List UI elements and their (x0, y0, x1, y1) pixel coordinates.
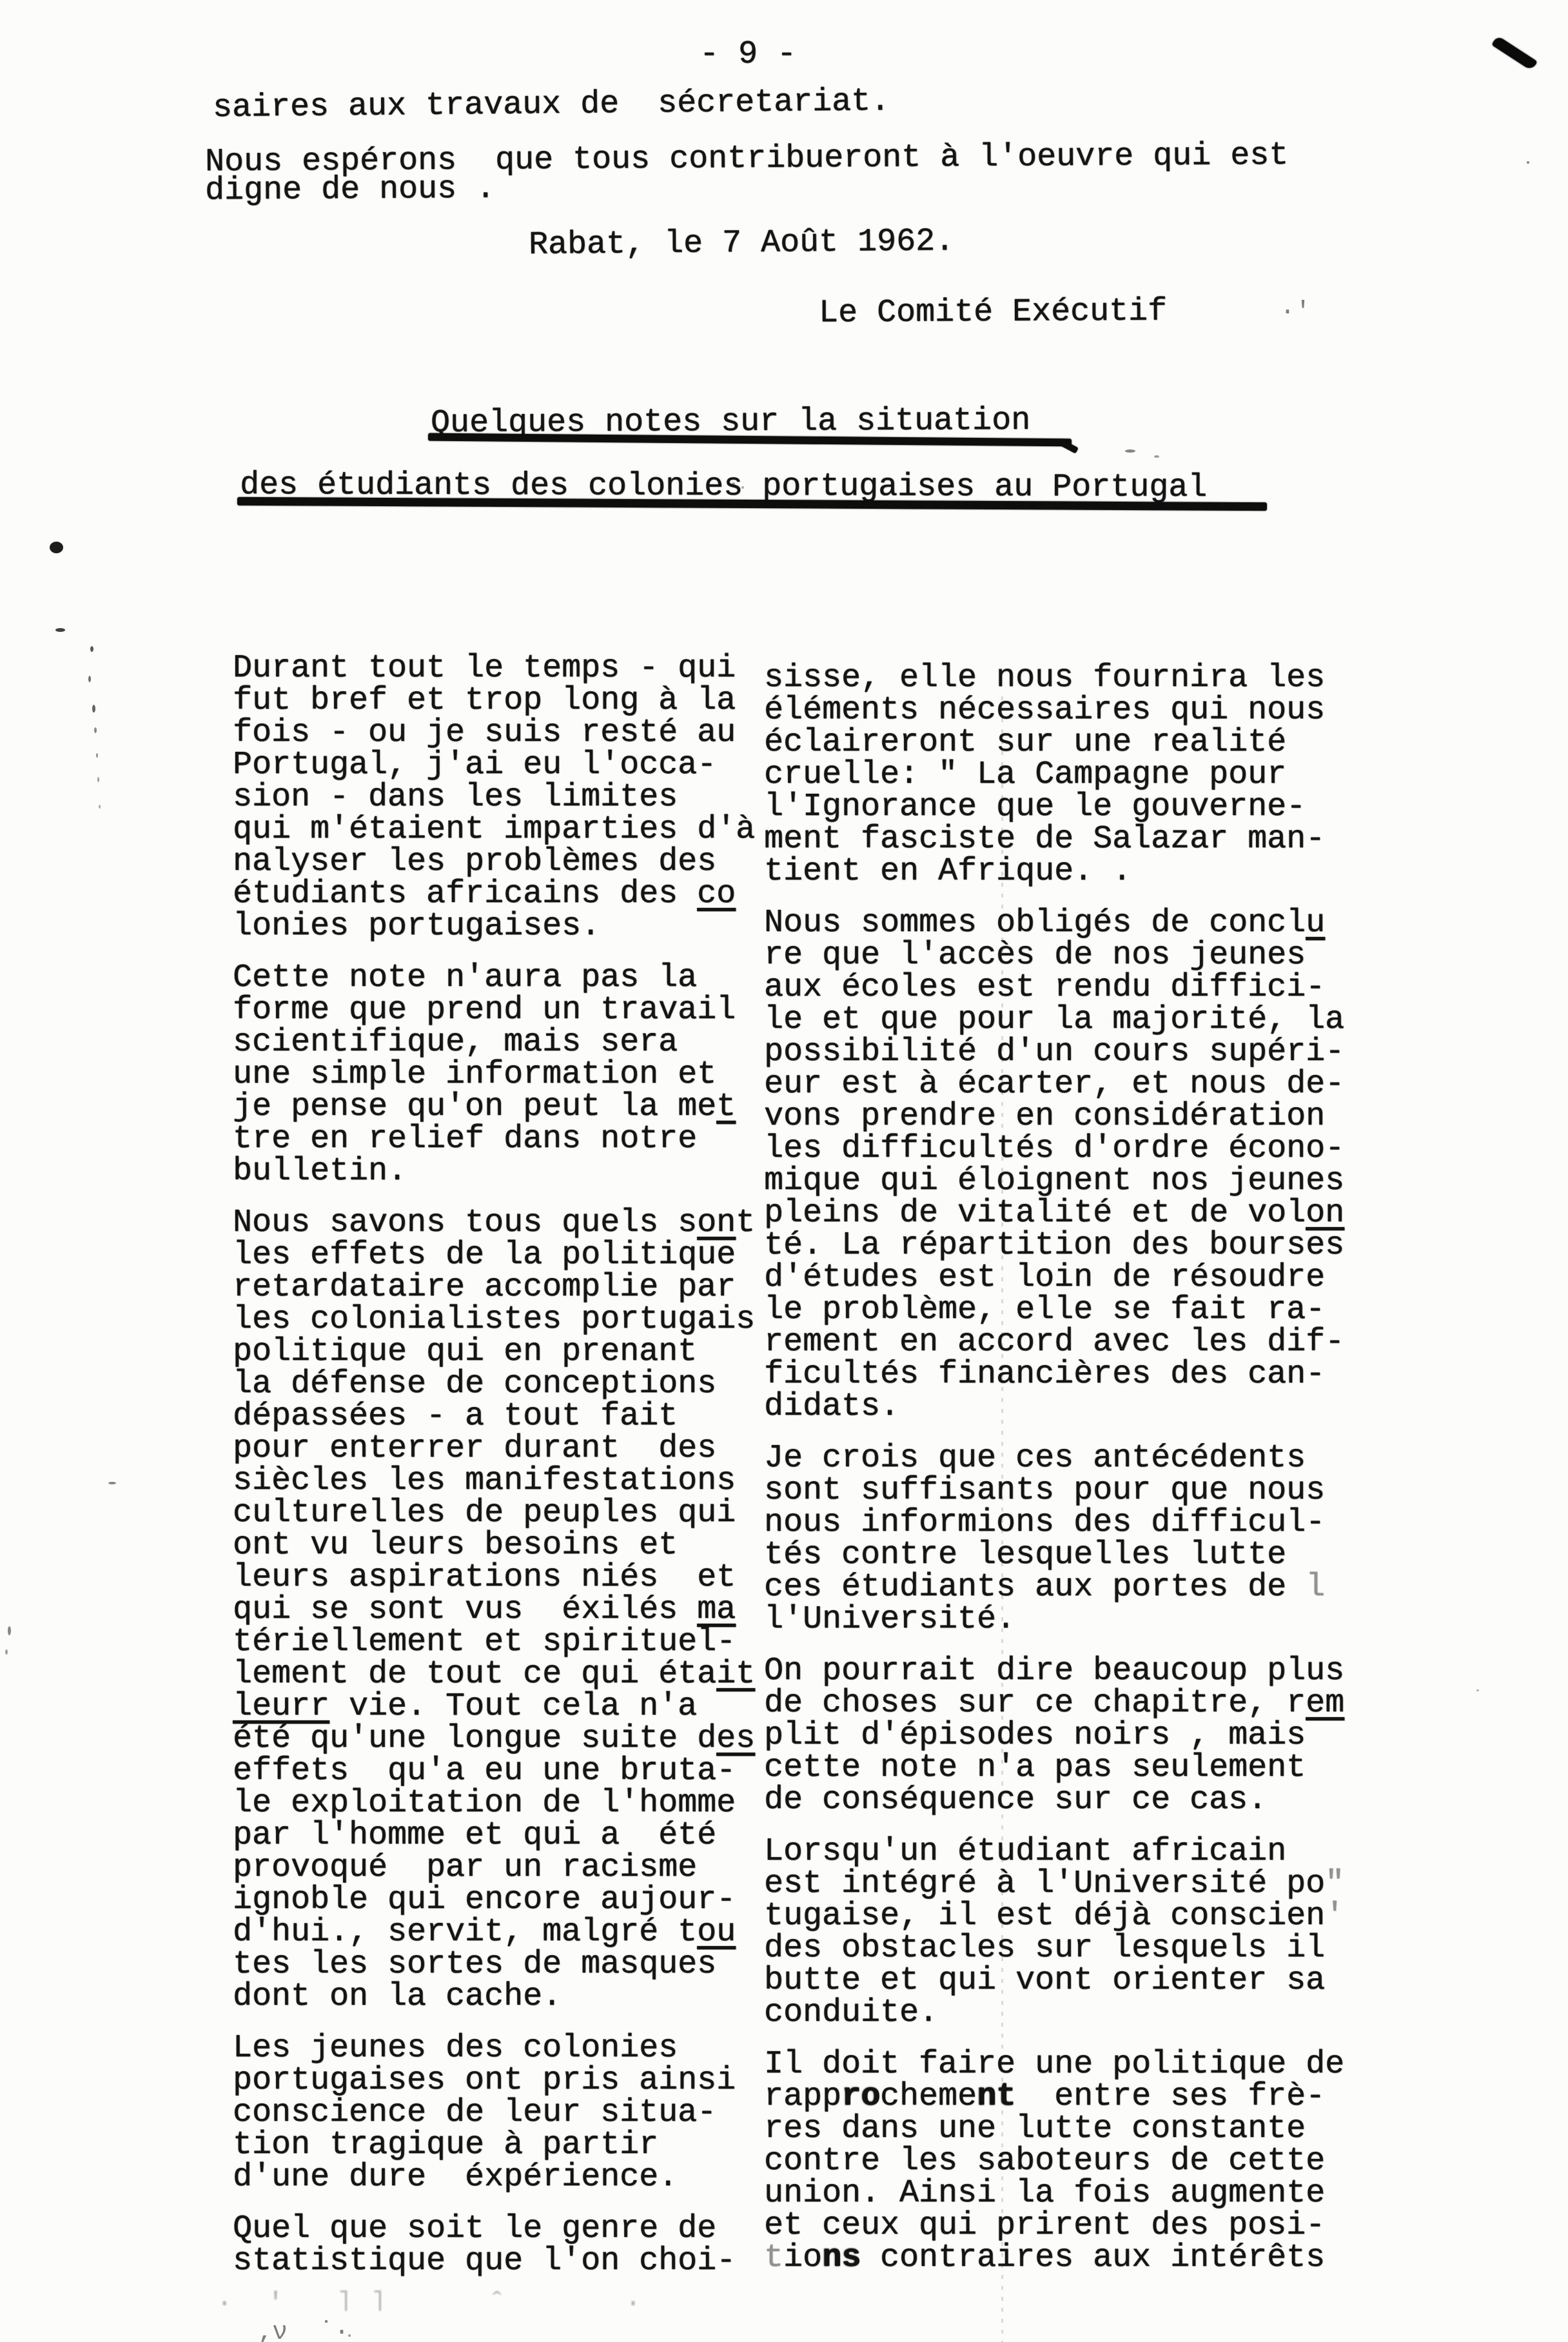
ink-speck (108, 1482, 116, 1484)
text-line: ficultés financières des can- (764, 1359, 1409, 1391)
text-line: tions contraires aux intérêts (764, 2242, 1409, 2274)
text-line: cette note n'a pas seulement (764, 1752, 1409, 1784)
text-line: eur est à écarter, et nous de- (764, 1068, 1409, 1101)
text-line: possibilité d'un cours supéri- (764, 1036, 1409, 1068)
paragraph: Durant tout le temps - quifut bref et tr… (233, 653, 813, 943)
ink-smudge: ·' (1280, 298, 1311, 327)
text-line: retardataire accomplie par (233, 1272, 813, 1304)
text-line: étudiants africains des co (233, 878, 813, 910)
paragraph: Quel que soit le genre destatistique que… (233, 2213, 813, 2278)
paper-crease-line (1001, 696, 1003, 2342)
text-line: ces étudiants aux portes de l (764, 1571, 1409, 1604)
text-line: les difficultés d'ordre écono- (764, 1133, 1409, 1165)
text-line: conscience de leur situa- (233, 2097, 813, 2129)
text-line: nous informions des difficul- (764, 1507, 1409, 1539)
text-line: Cette note n'aura pas la (233, 962, 813, 994)
date-line: Rabat, le 7 Août 1962. (529, 226, 955, 262)
text-line: Portugal, j'ai eu l'occa- (233, 749, 813, 782)
pen-stroke-mark (1491, 35, 1537, 71)
text-line: statistique que l'on choi- (233, 2245, 813, 2278)
text-line: pleins de vitalité et de volon (764, 1197, 1409, 1230)
text-line: sont suffisants pour que nous (764, 1475, 1409, 1507)
text-line: fois - ou je suis resté au (233, 717, 813, 749)
text-line: rement en accord avec les dif- (764, 1326, 1409, 1359)
text-line: je pense qu'on peut la met (233, 1091, 813, 1123)
text-line: siècles les manifestations (233, 1465, 813, 1497)
text-line: bulletin. (233, 1156, 813, 1188)
ink-speck (1322, 2192, 1324, 2194)
text-line: Nous savons tous quels sont (233, 1207, 813, 1239)
text-line: fut bref et trop long à la (233, 685, 813, 717)
text-line: forme que prend un travail (233, 994, 813, 1027)
text-line: culturelles de peuples qui (233, 1497, 813, 1530)
paragraph: sisse, elle nous fournira leséléments né… (764, 662, 1409, 888)
ink-speck (55, 628, 65, 632)
text-line: tés contre lesquelles lutte (764, 1539, 1409, 1571)
text-line: de choses sur ce chapitre, rem (764, 1688, 1409, 1720)
paragraph: Lorsqu'un étudiant africainest intégré à… (764, 1836, 1409, 2029)
text-line: Les jeunes des colonies (233, 2032, 813, 2065)
text-line: tes les sortes de masques (233, 1949, 813, 1981)
text-line: le problème, elle se fait ra- (764, 1294, 1409, 1326)
text-line: est intégré à l'Université po" (764, 1868, 1409, 1900)
text-line: été qu'une longue suite des (233, 1723, 813, 1755)
page-number: - 9 - (700, 39, 796, 71)
text-line: digne de nous . (205, 173, 495, 208)
text-line: Durant tout le temps - qui (233, 653, 813, 685)
text-line: cruelle: " La Campagne pour (764, 759, 1409, 791)
text-line: effets qu'a eu une bruta- (233, 1755, 813, 1787)
text-line: dépassées - a tout fait (233, 1401, 813, 1433)
text-line: qui se sont vus éxilés ma (233, 1594, 813, 1626)
text-line: butte et qui vont orienter sa (764, 1965, 1409, 1997)
paragraph: Je crois que ces antécédentssont suffisa… (764, 1442, 1409, 1636)
text-line: On pourrait dire beaucoup plus (764, 1655, 1409, 1688)
ink-speck (8, 1626, 11, 1635)
text-line: des obstacles sur lesquels il (764, 1933, 1409, 1965)
text-line: politique qui en prenant (233, 1336, 813, 1368)
ink-speck (97, 777, 99, 782)
text-line: lonies portugaises. (233, 910, 813, 943)
ghost-text-remnant: · ′ ˥ ˥ ˆ · (216, 2288, 642, 2320)
ink-speck (5, 1649, 8, 1655)
left-text-column: Durant tout le temps - quifut bref et tr… (233, 653, 813, 2297)
text-line: scientifique, mais sera (233, 1027, 813, 1059)
text-line: aux écoles est rendu diffici- (764, 972, 1409, 1004)
paragraph: On pourrait dire beaucoup plusde choses … (764, 1655, 1409, 1816)
text-line: tériellement et spirituel- (233, 1626, 813, 1658)
text-line: tion tragique à partir (233, 2129, 813, 2161)
text-line: une simple information et (233, 1059, 813, 1091)
text-line: saires aux travaux de sécretariat. (213, 86, 890, 124)
text-line: l'Ignorance que le gouverne- (764, 791, 1409, 823)
paragraph: Il doit faire une politique derapprochem… (764, 2049, 1409, 2274)
text-line: mique qui éloignent nos jeunes (764, 1165, 1409, 1197)
text-line: éléments nécessaires qui nous (764, 694, 1409, 727)
ink-speck (1154, 455, 1159, 458)
text-line: vons prendre en considération (764, 1101, 1409, 1133)
text-line: les effets de la politique (233, 1239, 813, 1272)
text-line: conduite. (764, 1997, 1409, 2029)
text-line: nalyser les problèmes des (233, 846, 813, 878)
ink-speck (92, 705, 95, 713)
text-line: éclaireront sur une realité (764, 727, 1409, 759)
text-line: provoqué par un racisme (233, 1852, 813, 1884)
text-line: sion - dans les limites (233, 782, 813, 814)
text-line: plit d'épisodes noirs , mais (764, 1720, 1409, 1752)
signature-line: Le Comité Exécutif (819, 296, 1167, 330)
ink-speck (96, 753, 98, 758)
scanned-document-page: - 9 - saires aux travaux de sécretariat.… (0, 0, 1568, 2342)
text-line: ment fasciste de Salazar man- (764, 823, 1409, 856)
text-line: ont vu leurs besoins et (233, 1530, 813, 1562)
ink-speck (413, 193, 415, 195)
text-line: d'études est loin de résoudre (764, 1262, 1409, 1294)
text-line: Lorsqu'un étudiant africain (764, 1836, 1409, 1868)
text-line: d'hui., servit, malgré tou (233, 1916, 813, 1949)
ink-speck (732, 482, 735, 486)
ink-speck (348, 2334, 351, 2337)
text-line: leurr vie. Tout cela n'a (233, 1691, 813, 1723)
paragraph: Les jeunes des coloniesportugaises ont p… (233, 2032, 813, 2194)
text-line: didats. (764, 1391, 1409, 1423)
text-line: rapprochement entre ses frè- (764, 2081, 1409, 2113)
text-line: leurs aspirations niés et (233, 1562, 813, 1594)
text-line: dont on la cache. (233, 1981, 813, 2013)
text-line: le et que pour la majorité, la (764, 1004, 1409, 1036)
text-line: l'Université. (764, 1604, 1409, 1636)
text-line: de conséquence sur ce cas. (764, 1784, 1409, 1816)
text-line: les colonialistes portugais (233, 1304, 813, 1336)
text-line: tient en Afrique. . (764, 856, 1409, 888)
text-line: Il doit faire une politique de (764, 2049, 1409, 2081)
ink-speck (90, 646, 93, 652)
ink-speck (1125, 449, 1135, 453)
text-line: res dans une lutte constante (764, 2113, 1409, 2145)
text-line: et ceux qui prirent des posi- (764, 2210, 1409, 2242)
text-line: tugaise, il est déjà conscien' (764, 1900, 1409, 1933)
text-line: té. La répartition des bourses (764, 1230, 1409, 1262)
paragraph: Nous sommes obligés de conclure que l'ac… (764, 907, 1409, 1423)
text-line: ignoble qui encore aujour- (233, 1884, 813, 1916)
paragraph: Nous savons tous quels sontles effets de… (233, 1207, 813, 2013)
text-line: la défense de conceptions (233, 1368, 813, 1401)
text-line: le exploitation de l'homme (233, 1787, 813, 1820)
text-line: pour enterrer durant des (233, 1433, 813, 1465)
paragraph: Cette note n'aura pas laforme que prend … (233, 962, 813, 1188)
ink-speck (94, 727, 97, 733)
ink-speck (1476, 1689, 1479, 1691)
ink-speck (1277, 954, 1279, 956)
ink-blot (50, 542, 63, 553)
text-line: sisse, elle nous fournira les (764, 662, 1409, 694)
text-line: tre en relief dans notre (233, 1123, 813, 1156)
right-text-column: sisse, elle nous fournira leséléments né… (764, 662, 1409, 2294)
ink-speck (1527, 161, 1529, 164)
text-line: lement de tout ce qui était (233, 1658, 813, 1691)
text-line: re que l'accès de nos jeunes (764, 940, 1409, 972)
ink-speck (88, 676, 91, 682)
text-line: Nous sommes obligés de conclu (764, 907, 1409, 940)
text-line: par l'homme et qui a été (233, 1820, 813, 1852)
ink-smudge: ‚ν ˙· (257, 2318, 349, 2342)
text-line: d'une dure éxpérience. (233, 2161, 813, 2194)
ink-speck (741, 486, 744, 489)
text-line: Quel que soit le genre de (233, 2213, 813, 2245)
text-line: portugaises ont pris ainsi (233, 2065, 813, 2097)
text-line: contre les saboteurs de cette (764, 2145, 1409, 2178)
ink-speck (99, 805, 101, 809)
text-line: qui m'étaient imparties d'à (233, 814, 813, 846)
text-line: Je crois que ces antécédents (764, 1442, 1409, 1475)
text-line: union. Ainsi la fois augmente (764, 2178, 1409, 2210)
